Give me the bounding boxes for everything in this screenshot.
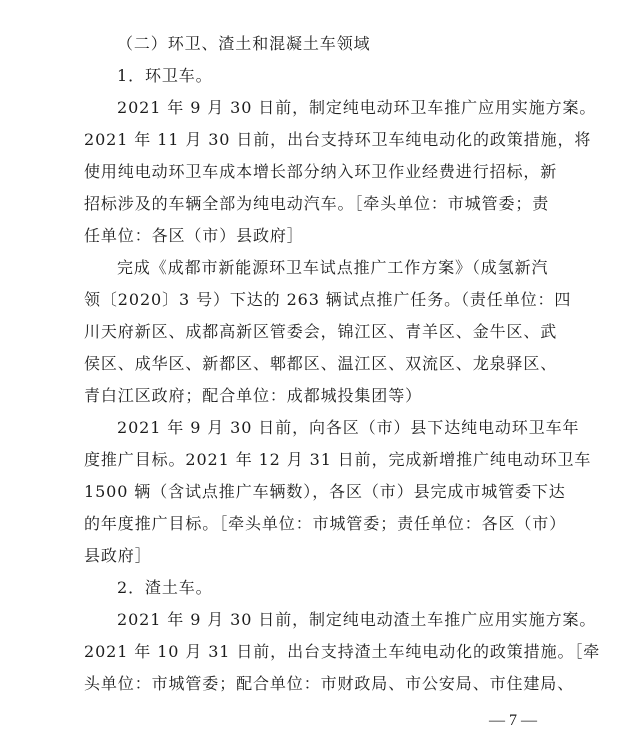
paragraph-line: 度推广目标。2021 年 12 月 31 日前，完成新增推广纯电动环卫车	[84, 444, 560, 476]
paragraph-line: 头单位：市城管委；配合单位：市财政局、市公安局、市住建局、	[84, 668, 560, 700]
subsection-title-muck-trucks: 2．渣土车。	[84, 572, 560, 604]
paragraph-line: 2021 年 11 月 30 日前，出台支持环卫车纯电动化的政策措施，将	[84, 124, 560, 156]
document-page: （二）环卫、渣土和混凝土车领域 1．环卫车。 2021 年 9 月 30 日前，…	[84, 28, 560, 700]
paragraph-line: 任单位：各区（市）县政府］	[84, 220, 560, 252]
paragraph-line: 青白江区政府；配合单位：成都城投集团等）	[84, 380, 560, 412]
paragraph-line: 领〔2020〕3 号）下达的 263 辆试点推广任务。（责任单位：四	[84, 284, 560, 316]
paragraph-line: 2021 年 9 月 30 日前，制定纯电动渣土车推广应用实施方案。	[84, 604, 560, 636]
paragraph-line: 2021 年 9 月 30 日前，向各区（市）县下达纯电动环卫车年	[84, 412, 560, 444]
paragraph-line: 招标涉及的车辆全部为纯电动汽车。［牵头单位：市城管委；责	[84, 188, 560, 220]
paragraph-line: 的年度推广目标。［牵头单位：市城管委；责任单位：各区（市）	[84, 508, 560, 540]
paragraph-line: 2021 年 9 月 30 日前，制定纯电动环卫车推广应用实施方案。	[84, 92, 560, 124]
page-number: — 7 —	[478, 712, 548, 730]
paragraph-line: 使用纯电动环卫车成本增长部分纳入环卫作业经费进行招标，新	[84, 156, 560, 188]
section-heading: （二）环卫、渣土和混凝土车领域	[84, 28, 560, 60]
paragraph-line: 川天府新区、成都高新区管委会，锦江区、青羊区、金牛区、武	[84, 316, 560, 348]
paragraph-line: 县政府］	[84, 540, 560, 572]
paragraph-line: 1500 辆（含试点推广车辆数），各区（市）县完成市城管委下达	[84, 476, 560, 508]
paragraph-line: 2021 年 10 月 31 日前，出台支持渣土车纯电动化的政策措施。［牵	[84, 636, 560, 668]
subsection-title-sanitation-vehicles: 1．环卫车。	[84, 60, 560, 92]
paragraph-line: 侯区、成华区、新都区、郫都区、温江区、双流区、龙泉驿区、	[84, 348, 560, 380]
paragraph-line: 完成《成都市新能源环卫车试点推广工作方案》（成氢新汽	[84, 252, 560, 284]
